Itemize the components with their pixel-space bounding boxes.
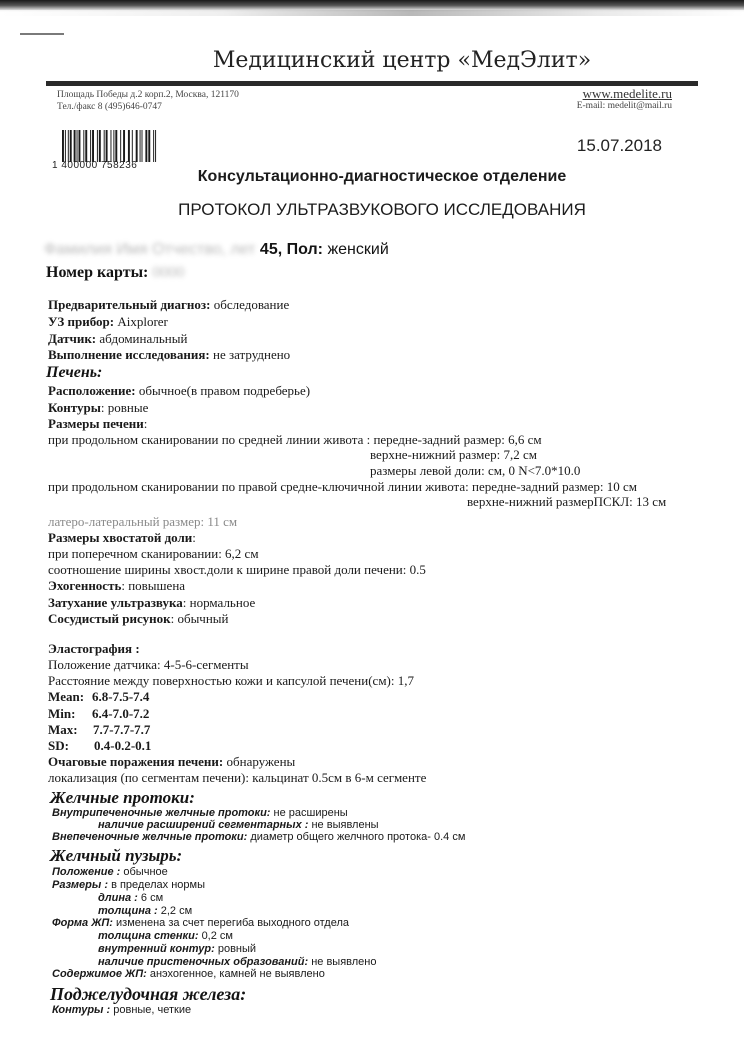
bile-ducts-title: Желчные протоки:: [50, 788, 195, 808]
gb-size-value: в пределах нормы: [111, 879, 205, 891]
liver-contours-value: : ровные: [101, 400, 148, 415]
card-label: Номер карты:: [46, 264, 148, 281]
device-label: УЗ прибор:: [48, 314, 114, 329]
segmental-value: не выявлены: [311, 819, 378, 831]
focal-value: обнаружены: [227, 754, 296, 769]
probe-label: Датчик:: [48, 331, 96, 346]
scan-edge-highlight: [0, 10, 744, 16]
gb-position-row: Положение : обычное: [52, 866, 168, 878]
scan-mark: [20, 33, 64, 35]
vascular-value: : обычный: [171, 611, 229, 626]
gb-inner-label: внутренний контур:: [98, 943, 215, 955]
gb-length-value: 6 см: [141, 892, 163, 904]
gb-inner-row: внутренний контур: ровный: [98, 943, 256, 955]
gb-parietal-value: не выявлено: [311, 956, 376, 968]
intrahepatic-value: не расширены: [274, 807, 348, 819]
patient-age: 45: [260, 241, 278, 258]
elastography-min-row: Min:6.4-7.0-7.2: [48, 706, 149, 722]
gb-position-value: обычное: [123, 866, 167, 878]
liver-location-label: Расположение:: [48, 383, 136, 398]
gb-inner-value: ровный: [218, 943, 256, 955]
focal-lesions-row: Очаговые поражения печени: обнаружены: [48, 754, 295, 770]
intrahepatic-row: Внутрипеченочные желчные протоки: не рас…: [52, 807, 348, 819]
clinic-phone: Тел./факс 8 (495)646-0747: [57, 101, 239, 113]
diagnosis-value: обследование: [214, 297, 290, 312]
gb-parietal-row: наличие пристеночных образований: не выя…: [98, 956, 377, 968]
gb-content-row: Содержимое ЖП: анэхогенное, камней не вы…: [52, 968, 325, 980]
focal-localization: локализация (по сегментам печени): кальц…: [48, 770, 426, 786]
extrahepatic-label: Внепеченочные желчные протоки:: [52, 831, 247, 843]
echogenicity-label: Эхогенность: [48, 578, 121, 593]
sd-label: SD:: [48, 738, 94, 754]
caudate-label: Размеры хвостатой доли: [48, 530, 192, 545]
gb-thickness-row: толщина : 2,2 см: [98, 905, 192, 917]
mean-label: Mean:: [48, 689, 92, 705]
liver-left-lobe: размеры левой доли: см, 0 N<7.0*10.0: [370, 463, 580, 479]
execution-row: Выполнение исследования: не затруднено: [48, 347, 290, 363]
patient-line: Фамилия Имя Отчество, лет 45, Пол: женск…: [44, 241, 389, 259]
pancreas-contours-value: ровные, четкие: [113, 1004, 191, 1016]
vascular-label: Сосудистый рисунок: [48, 611, 171, 626]
max-value: 7.7-7.7-7.7: [93, 722, 150, 737]
execution-value: не затруднено: [213, 347, 290, 362]
extrahepatic-row: Внепеченочные желчные протоки: диаметр о…: [52, 831, 465, 843]
clinic-email: E-mail: medelit@mail.ru: [577, 101, 672, 111]
sd-value: 0.4-0.2-0.1: [94, 738, 151, 753]
segmental-label: наличие расширений сегментарных :: [98, 819, 308, 831]
liver-location-value: обычное(в правом подреберье): [139, 383, 310, 398]
protocol-title: ПРОТОКОЛ УЛЬТРАЗВУКОВОГО ИССЛЕДОВАНИЯ: [0, 200, 744, 220]
gb-position-label: Положение :: [52, 866, 120, 878]
caudate-ratio: соотношение ширины хвост.доли к ширине п…: [48, 562, 426, 578]
gb-shape-label: Форма ЖП:: [52, 917, 113, 929]
exam-date: 15.07.2018: [577, 136, 662, 156]
liver-midline-vertical: верхне-нижний размер: 7,2 см: [370, 447, 537, 463]
min-value: 6.4-7.0-7.2: [92, 706, 149, 721]
extrahepatic-value: диаметр общего желчного протока- 0.4 см: [250, 831, 465, 843]
pancreas-title: Поджелудочная железа:: [50, 984, 246, 1005]
liver-sizes-label-row: Размеры печени:: [48, 416, 147, 432]
gb-shape-value: изменена за счет перегиба выходного отде…: [116, 917, 349, 929]
liver-sizes-colon: :: [144, 416, 148, 431]
clinic-name: Медицинский центр «МедЭлит»: [0, 48, 744, 73]
gb-wall-value: 0,2 см: [202, 930, 233, 942]
execution-label: Выполнение исследования:: [48, 347, 210, 362]
min-label: Min:: [48, 706, 92, 722]
pancreas-contours-row: Контуры : ровные, четкие: [52, 1004, 191, 1016]
attenuation-label: Затухание ультразвука: [48, 595, 183, 610]
clinic-website-link[interactable]: www.medelite.ru: [583, 86, 672, 102]
echogenicity-value: : повышена: [121, 578, 185, 593]
vascular-row: Сосудистый рисунок: обычный: [48, 611, 229, 627]
gb-content-value: анэхогенное, камней не выявлено: [150, 968, 325, 980]
liver-lateral: латеро-латеральный размер: 11 см: [48, 514, 237, 530]
pancreas-contours-label: Контуры :: [52, 1004, 110, 1016]
gb-size-row: Размеры : в пределах нормы: [52, 879, 205, 891]
patient-sex: женский: [327, 241, 388, 258]
diagnosis-row: Предварительный диагноз: обследование: [48, 297, 289, 313]
patient-name-redacted: Фамилия Имя Отчество, лет: [44, 241, 255, 259]
liver-sizes-label: Размеры печени: [48, 416, 144, 431]
echogenicity-row: Эхогенность: повышена: [48, 578, 185, 594]
elastography-sd-row: SD:0.4-0.2-0.1: [48, 738, 151, 754]
gb-thickness-label: толщина :: [98, 905, 158, 917]
gb-parietal-label: наличие пристеночных образований:: [98, 956, 308, 968]
clinic-address: Площадь Победы д.2 корп.2, Москва, 12117…: [57, 89, 239, 101]
intrahepatic-label: Внутрипеченочные желчные протоки:: [52, 807, 270, 819]
liver-contours-row: Контуры: ровные: [48, 400, 148, 416]
gb-size-label: Размеры :: [52, 879, 108, 891]
max-label: Max:: [48, 722, 93, 738]
caudate-transverse: при поперечном сканировании: 6,2 см: [48, 546, 259, 562]
caudate-label-row: Размеры хвостатой доли:: [48, 530, 196, 546]
gb-length-row: длина : 6 см: [98, 892, 163, 904]
attenuation-row: Затухание ультразвука: нормальное: [48, 595, 255, 611]
clinic-contacts: Площадь Победы д.2 корп.2, Москва, 12117…: [57, 89, 239, 113]
card-line: Номер карты: 0000: [46, 264, 184, 282]
liver-section-title: Печень:: [46, 364, 102, 382]
probe-row: Датчик: абдоминальный: [48, 331, 187, 347]
elastography-skin-distance: Расстояние между поверхностью кожи и кап…: [48, 673, 414, 689]
gb-thickness-value: 2,2 см: [161, 905, 192, 917]
segmental-row: наличие расширений сегментарных : не выя…: [98, 819, 379, 831]
liver-location-row: Расположение: обычное(в правом подреберь…: [48, 383, 310, 399]
card-number-redacted: 0000: [152, 264, 184, 282]
elastography-max-row: Max:7.7-7.7-7.7: [48, 722, 150, 738]
gb-shape-row: Форма ЖП: изменена за счет перегиба выхо…: [52, 917, 349, 929]
gb-wall-row: толщина стенки: 0,2 см: [98, 930, 233, 942]
gallbladder-title: Желчный пузырь:: [50, 846, 182, 866]
gb-length-label: длина :: [98, 892, 138, 904]
gb-content-label: Содержимое ЖП:: [52, 968, 147, 980]
device-value: Aixplorer: [117, 314, 168, 329]
liver-midclavicular-vertical: верхне-нижний размерПСКЛ: 13 см: [467, 494, 666, 510]
diagnosis-label: Предварительный диагноз:: [48, 297, 210, 312]
liver-midclavicular: при продольном сканировании по правой ср…: [48, 479, 637, 495]
device-row: УЗ прибор: Aixplorer: [48, 314, 168, 330]
liver-contours-label: Контуры: [48, 400, 101, 415]
elastography-title: Эластография :: [48, 641, 140, 657]
mean-value: 6.8-7.5-7.4: [92, 689, 149, 704]
focal-label: Очаговые поражения печени:: [48, 754, 223, 769]
probe-value: абдоминальный: [99, 331, 187, 346]
elastography-mean-row: Mean:6.8-7.5-7.4: [48, 689, 149, 705]
barcode-icon: [62, 130, 158, 162]
gb-wall-label: толщина стенки:: [98, 930, 199, 942]
patient-sex-label: Пол:: [287, 241, 323, 258]
department-title: Консультационно-диагностическое отделени…: [0, 168, 744, 186]
caudate-colon: :: [192, 530, 196, 545]
elastography-probe-position: Положение датчика: 4-5-6-сегменты: [48, 657, 249, 673]
attenuation-value: : нормальное: [183, 595, 255, 610]
liver-midline: при продольном сканировании по средней л…: [48, 432, 542, 448]
